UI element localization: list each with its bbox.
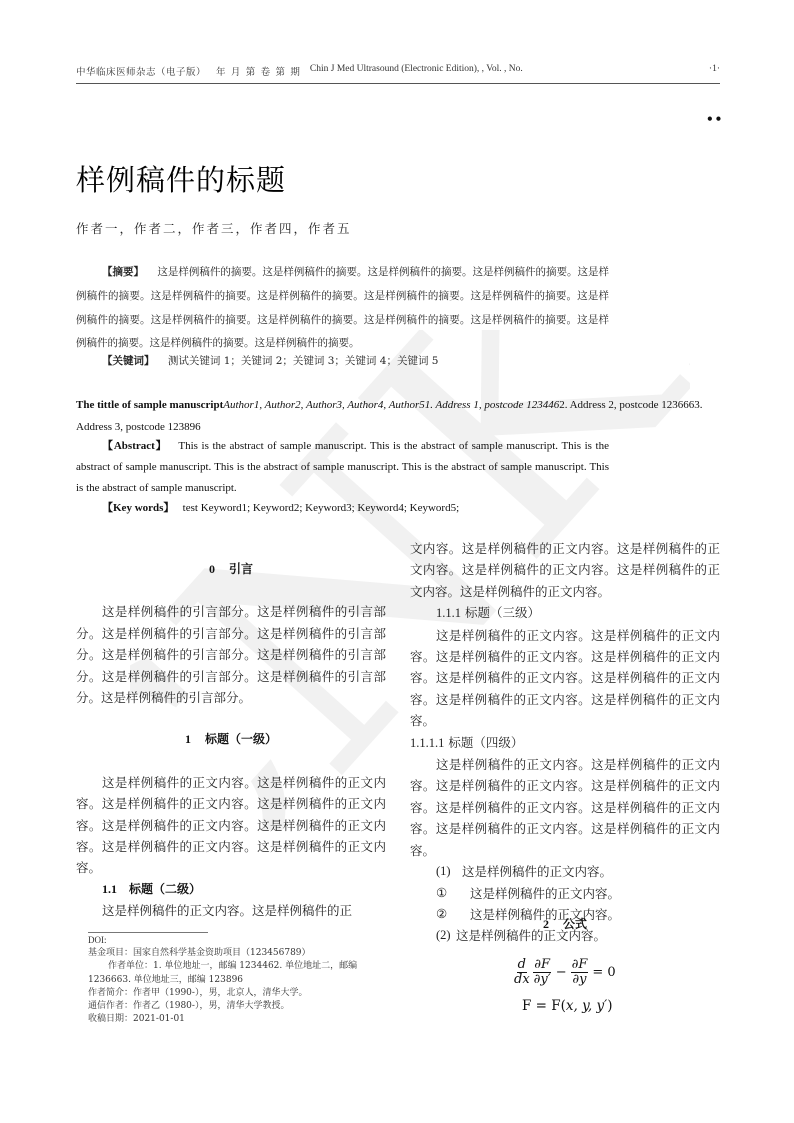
abstract-cn: 【摘要】 这是样例稿件的摘要。这是样例稿件的摘要。这是样例稿件的摘要。这是样例稿…: [76, 261, 609, 356]
fraction-d-dx: d dx: [513, 958, 531, 987]
function-definition: F = F(x, y, y′): [522, 998, 613, 1014]
subsection-1-1-1-1-paragraph: 这是样例稿件的正文内容。这是样例稿件的正文内容。这是样例稿件的正文内容。这是样例…: [410, 754, 720, 861]
english-authors: Author1, Author2, Author3, Author4, Auth…: [223, 399, 559, 411]
list-item: (1) 这是样例稿件的正文内容。: [410, 861, 720, 882]
issue-date-parts: 年 月 第 卷 第 期: [216, 64, 300, 78]
keywords-text: 测试关键词 1；关键词 2；关键词 3；关键词 4；关键词 5: [168, 355, 439, 367]
subsection-heading-1-1-1-1: 1.1.1.1标题（四级）: [410, 732, 720, 754]
keywords-en-text: test Keyword1; Keyword2; Keyword3; Keywo…: [183, 502, 459, 514]
keywords-en: 【Key words】 test Keyword1; Keyword2; Key…: [76, 498, 609, 519]
footnote-affiliation-1: 作者单位：1. 单位地址一，邮编 1234462. 单位地址二，邮编: [88, 960, 398, 973]
euler-lagrange-equation: d dx ∂F ∂y′ − ∂F ∂y = 0: [512, 958, 619, 987]
list-marker: (1): [436, 861, 462, 882]
abstract-text: 这是样例稿件的摘要。这是样例稿件的摘要。这是样例稿件的摘要。这是样例稿件的摘要。…: [76, 266, 609, 349]
page-number: ·1·: [709, 64, 720, 74]
footnote-received: 收稿日期：2021-01-01: [88, 1013, 398, 1026]
keywords-label: 【关键词】: [102, 355, 155, 367]
footnote-fund: 基金项目：国家自然科学基金资助项目（123456789）: [88, 947, 398, 960]
list-item: ① 这是样例稿件的正文内容。: [410, 883, 720, 904]
section-1-paragraph: 这是样例稿件的正文内容。这是样例稿件的正文内容。这是样例稿件的正文内容。这是样例…: [76, 772, 386, 879]
corner-mark: ••: [706, 113, 723, 125]
subsection-1-1-1-paragraph: 这是样例稿件的正文内容。这是样例稿件的正文内容。这是样例稿件的正文内容。这是样例…: [410, 625, 720, 732]
subsection-heading-1-1: 1.1标题（二级）: [76, 879, 386, 900]
subsection-1-1-paragraph-start: 这是样例稿件的正文内容。这是样例稿件的正: [76, 900, 386, 921]
english-title: The tittle of sample manuscript: [76, 399, 223, 411]
section-heading-1: 1标题（一级）: [76, 729, 386, 750]
abstract-label: 【摘要】: [102, 266, 144, 278]
paper-page: 中华临床医师杂志（电子版） 年 月 第 卷 第 期 Chin J Med Ult…: [0, 0, 794, 1123]
footnote-bio: 作者简介：作者甲（1990-），男，北京人，清华大学。: [88, 987, 398, 1000]
left-column: 0引言 这是样例稿件的引言部分。这是样例稿件的引言部分。这是样例稿件的引言部分。…: [76, 538, 386, 922]
list-marker: ①: [436, 883, 470, 904]
intro-paragraph: 这是样例稿件的引言部分。这是样例稿件的引言部分。这是样例稿件的引言部分。这是样例…: [76, 601, 386, 708]
keywords-en-label: 【Key words】: [102, 502, 174, 514]
footnotes: DOI: 基金项目：国家自然科学基金资助项目（123456789） 作者单位：1…: [88, 934, 398, 1026]
right-column: 文内容。这是样例稿件的正文内容。这是样例稿件的正文内容。这是样例稿件的正文内容。…: [410, 538, 720, 947]
author-list: 作者一，作者二，作者三，作者四，作者五: [76, 219, 352, 237]
fraction-dF-dy: ∂F ∂y: [571, 958, 589, 987]
running-header: 中华临床医师杂志（电子版） 年 月 第 卷 第 期 Chin J Med Ult…: [76, 64, 720, 84]
english-title-block: The tittle of sample manuscriptAuthor1, …: [76, 395, 706, 438]
section-heading-2: 2公式: [410, 915, 720, 932]
journal-name-en: Chin J Med Ultrasound (Electronic Editio…: [310, 64, 523, 74]
abstract-en-label: 【Abstract】: [102, 440, 168, 452]
footnote-divider: [88, 932, 208, 933]
journal-name-cn: 中华临床医师杂志（电子版）: [76, 64, 206, 78]
fraction-dF-dyprime: ∂F ∂y′: [533, 958, 552, 987]
equals-zero: = 0: [592, 965, 615, 980]
footnote-corresponding: 通信作者：作者乙（1980-），男，清华大学教授。: [88, 1000, 398, 1013]
subsection-1-1-paragraph-cont: 文内容。这是样例稿件的正文内容。这是样例稿件的正文内容。这是样例稿件的正文内容。…: [410, 538, 720, 602]
subsection-heading-1-1-1: 1.1.1标题（三级）: [410, 602, 720, 624]
keywords-cn: 【关键词】 测试关键词 1；关键词 2；关键词 3；关键词 4；关键词 5: [76, 350, 609, 372]
abstract-en: 【Abstract】 This is the abstract of sampl…: [76, 436, 609, 498]
footnote-affiliation-2: 1236663. 单位地址三，邮编 123896: [88, 974, 398, 987]
footnote-doi: DOI:: [88, 934, 398, 947]
paper-title: 样例稿件的标题: [76, 158, 286, 199]
section-heading-intro: 0引言: [76, 559, 386, 580]
minus-sign: −: [556, 965, 567, 980]
